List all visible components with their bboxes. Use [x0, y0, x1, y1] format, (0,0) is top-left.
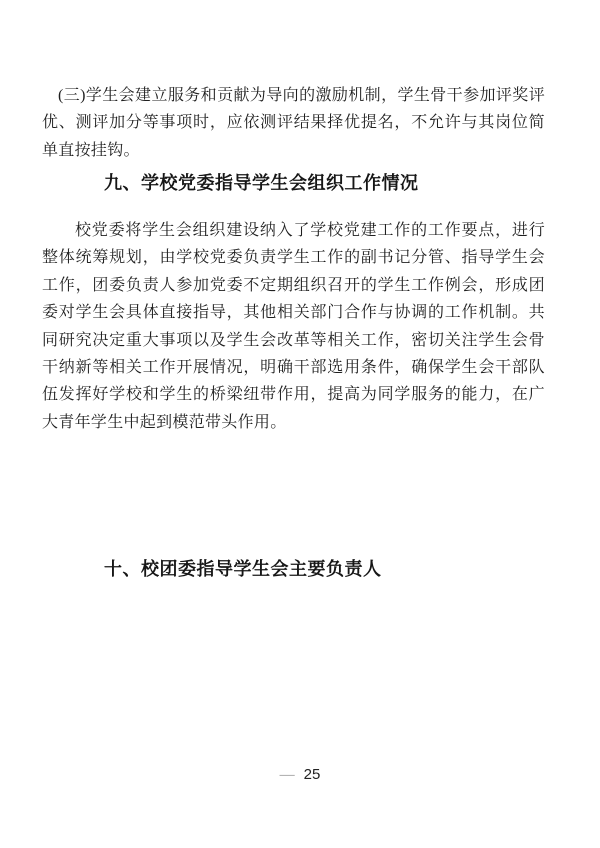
footer-dash: —: [280, 767, 295, 783]
section-9-heading: 九、学校党委指导学生会组织工作情况: [104, 172, 419, 194]
document-page: (三)学生会建立服务和贡献为导向的激励机制，学生骨干参加评奖评优、测评加分等事项…: [0, 0, 600, 848]
section-10-heading: 十、校团委指导学生会主要负责人: [104, 558, 382, 580]
page-footer: —25: [0, 765, 600, 785]
section-9-body-paragraph: 校党委将学生会组织建设纳入了学校党建工作的工作要点，进行整体统筹规划，由学校党委…: [42, 217, 545, 436]
intro-paragraph: (三)学生会建立服务和贡献为导向的激励机制，学生骨干参加评奖评优、测评加分等事项…: [42, 82, 545, 164]
page-number: 25: [304, 766, 321, 783]
